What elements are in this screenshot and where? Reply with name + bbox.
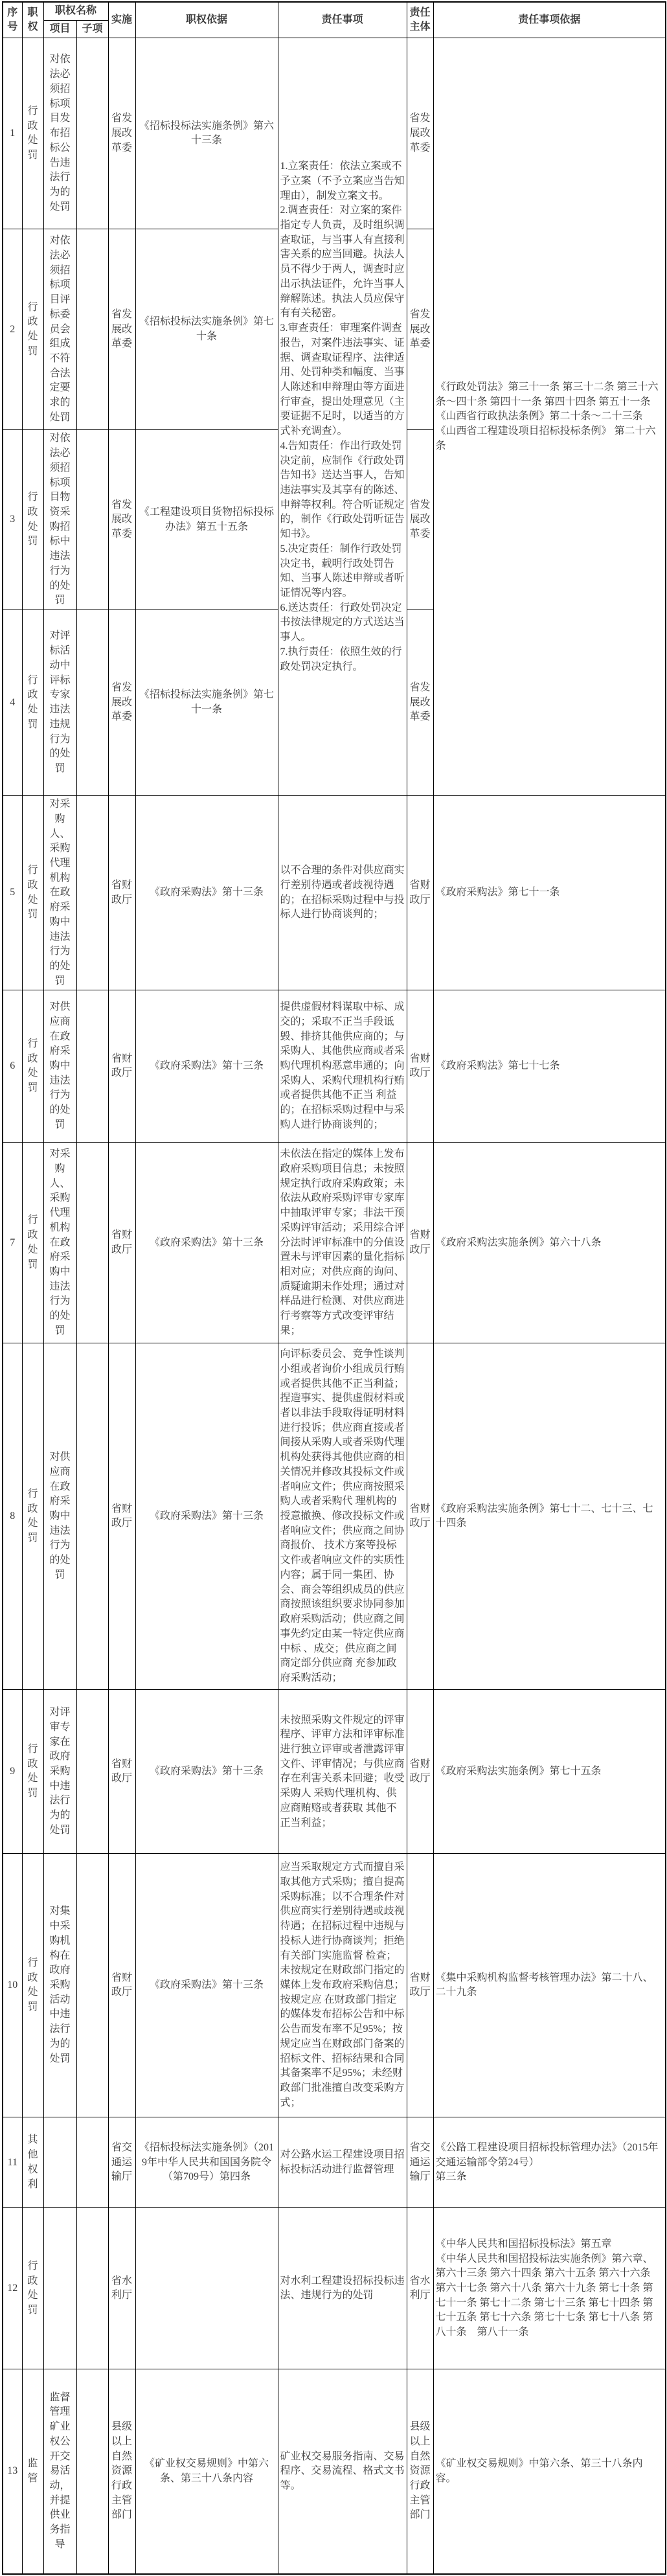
cell-power: 行政处罚 xyxy=(22,229,43,430)
cell-duty-basis: 《中华人民共和国招标投标法》第五章 《中华人民共和国招投标法实施条例》第六章、第… xyxy=(433,2208,666,2369)
cell-num: 12 xyxy=(3,2208,22,2369)
cell-duty-basis: 《矿业权交易规则》中第六条、第三十八条内容。 xyxy=(433,2369,666,2574)
cell-project: 对评审专家在政府采购中违法行为的处罚 xyxy=(43,1690,76,1854)
cell-power: 行政处罚 xyxy=(22,1143,43,1343)
cell-basis xyxy=(135,2208,278,2369)
table-row: 13 监管 监督管理矿业权公开交易活动，并提供业务指导 县级以上自然资源行政主管… xyxy=(3,2369,666,2574)
cell-subject: 省财政厅 xyxy=(407,1143,433,1343)
cell-subject: 省发展改革委 xyxy=(407,430,433,610)
cell-subject: 省水利厅 xyxy=(407,2208,433,2369)
col-header-basis: 职权依据 xyxy=(135,2,278,38)
cell-basis: 《政府采购法》第十三条 xyxy=(135,990,278,1143)
cell-basis: 《政府采购法》第十三条 xyxy=(135,1854,278,2117)
cell-project: 对采购人、采购代理机构在政府采购中违法行为的处罚 xyxy=(43,796,76,990)
cell-project xyxy=(43,2208,76,2369)
cell-project xyxy=(43,2117,76,2208)
cell-subitem xyxy=(76,610,108,796)
col-header-project: 项目 xyxy=(43,20,76,38)
cell-impl: 省发展改革委 xyxy=(108,610,135,796)
cell-impl: 省交通运输厅 xyxy=(108,2117,135,2208)
cell-project: 对集中采购机构在政府采购活动中违法行为的处罚 xyxy=(43,1854,76,2117)
cell-impl: 省财政厅 xyxy=(108,990,135,1143)
cell-power: 行政处罚 xyxy=(22,430,43,610)
cell-duty: 向评标委员会、竞争性谈判小组或者询价小组成员行贿或者提供其他不正当利益；捏造事实… xyxy=(278,1343,407,1690)
cell-impl: 县级以上自然资源行政主管部门 xyxy=(108,2369,135,2574)
cell-subject: 省财政厅 xyxy=(407,1690,433,1854)
cell-impl: 省发展改革委 xyxy=(108,430,135,610)
cell-basis: 《招标投标法实施条例》第六十三条 xyxy=(135,38,278,229)
cell-duty: 对水利工程建设招标投标违法、违规行为的处罚 xyxy=(278,2208,407,2369)
cell-subitem xyxy=(76,1854,108,2117)
cell-num: 4 xyxy=(3,610,22,796)
cell-duty-merged: 1.立案责任：依法立案或不予立案（不予立案应当告知理由），制发立案文书。 2.调… xyxy=(278,38,407,796)
cell-basis: 《工程建设项目货物招标投标办法》第五十五条 xyxy=(135,430,278,610)
cell-impl: 省财政厅 xyxy=(108,1854,135,2117)
cell-num: 7 xyxy=(3,1143,22,1343)
cell-impl: 省发展改革委 xyxy=(108,229,135,430)
cell-impl: 省发展改革委 xyxy=(108,38,135,229)
cell-num: 9 xyxy=(3,1690,22,1854)
cell-impl: 省财政厅 xyxy=(108,1690,135,1854)
cell-project: 对依法必须招标项目物资采购招标中违法行为的处罚 xyxy=(43,430,76,610)
table-row: 12 行政处罚 省水利厅 对水利工程建设招标投标违法、违规行为的处罚 省水利厅 … xyxy=(3,2208,666,2369)
document-page: 序号 职权 职权名称 实施 职权依据 责任事项 责任主体 责任事项依据 项目 子… xyxy=(0,0,667,2576)
cell-basis: 《招标投标法实施条例》第七十一条 xyxy=(135,610,278,796)
cell-subject: 省发展改革委 xyxy=(407,610,433,796)
col-header-num: 序号 xyxy=(3,2,22,38)
cell-duty-basis: 《政府采购法实施条例》第七十二、七十三、七十四条 xyxy=(433,1343,666,1690)
col-header-subject: 责任主体 xyxy=(407,2,433,38)
cell-duty-basis: 《公路工程建设项目招标投标管理办法》（2015年交通运输部令第24号） 第三条 xyxy=(433,2117,666,2208)
cell-power: 行政处罚 xyxy=(22,796,43,990)
col-header-power: 职权 xyxy=(22,2,43,38)
col-header-subitem: 子项 xyxy=(76,20,108,38)
cell-subitem xyxy=(76,990,108,1143)
table-row: 6 行政处罚 对供应商在政府采购中违法行为的处罚 省财政厅 《政府采购法》第十三… xyxy=(3,990,666,1143)
cell-power: 行政处罚 xyxy=(22,1854,43,2117)
cell-project: 对评标活动中评标专家违法违规行为的处罚 xyxy=(43,610,76,796)
cell-power: 行政处罚 xyxy=(22,990,43,1143)
cell-power: 行政处罚 xyxy=(22,38,43,229)
cell-duty-basis: 《政府采购法实施条例》第六十八条 xyxy=(433,1143,666,1343)
cell-project: 对依法必须招标项目评标委员会组成不符合法定要求的处罚 xyxy=(43,229,76,430)
cell-subject: 省财政厅 xyxy=(407,1343,433,1690)
cell-num: 8 xyxy=(3,1343,22,1690)
cell-duty: 提供虚假材料谋取中标、成交的；采取不正当手段诋毁、排挤其他供应商的；与采购人、其… xyxy=(278,990,407,1143)
cell-subject: 省交通运输厅 xyxy=(407,2117,433,2208)
cell-duty: 未按照采购文件规定的评审程序、评审方法和评审标准进行独立评审或者泄露评审文件、评… xyxy=(278,1690,407,1854)
cell-subitem xyxy=(76,229,108,430)
table-row: 11 其他权利 省交通运输厅 《招标投标法实施条例》（2019年中华人民共和国国… xyxy=(3,2117,666,2208)
cell-subject: 省财政厅 xyxy=(407,990,433,1143)
cell-duty-basis: 《政府采购法》第七十七条 xyxy=(433,990,666,1143)
cell-subitem xyxy=(76,1343,108,1690)
col-header-duty-basis: 责任事项依据 xyxy=(433,2,666,38)
cell-duty: 以不合理的条件对供应商实行差别待遇或者歧视待遇的；在招标采购过程中与投标人进行协… xyxy=(278,796,407,990)
cell-subject: 省财政厅 xyxy=(407,1854,433,2117)
cell-subitem xyxy=(76,1690,108,1854)
cell-num: 11 xyxy=(3,2117,22,2208)
table-row: 7 行政处罚 对采购人、采购代理机构在政府采购中违法行为的处罚 省财政厅 《政府… xyxy=(3,1143,666,1343)
cell-project: 对依法必须招标项目发布招标公告违法行为的处罚 xyxy=(43,38,76,229)
cell-impl: 省财政厅 xyxy=(108,1343,135,1690)
cell-power: 监管 xyxy=(22,2369,43,2574)
cell-subitem xyxy=(76,38,108,229)
cell-basis: 《招标投标法实施条例》（2019年中华人民共和国国务院令（第709号）第四条 xyxy=(135,2117,278,2208)
cell-num: 10 xyxy=(3,1854,22,2117)
cell-impl: 省财政厅 xyxy=(108,1143,135,1343)
col-header-name-group: 职权名称 xyxy=(43,2,108,20)
col-header-impl: 实施 xyxy=(108,2,135,38)
table-row: 1 行政处罚 对依法必须招标项目发布招标公告违法行为的处罚 省发展改革委 《招标… xyxy=(3,38,666,229)
cell-basis: 《政府采购法》第十三条 xyxy=(135,1690,278,1854)
cell-power: 其他权利 xyxy=(22,2117,43,2208)
cell-duty-basis: 《政府采购法》第七十一条 xyxy=(433,796,666,990)
cell-duty: 应当采取规定方式而擅自采取其他方式采购；擅自提高采购标准；以不合理条件对供应商实… xyxy=(278,1854,407,2117)
cell-duty-basis: 《政府采购法实施条例》第七十五条 xyxy=(433,1690,666,1854)
table-row: 9 行政处罚 对评审专家在政府采购中违法行为的处罚 省财政厅 《政府采购法》第十… xyxy=(3,1690,666,1854)
cell-num: 5 xyxy=(3,796,22,990)
cell-num: 6 xyxy=(3,990,22,1143)
cell-num: 1 xyxy=(3,38,22,229)
cell-basis: 《政府采购法》第十三条 xyxy=(135,1143,278,1343)
cell-power: 行政处罚 xyxy=(22,1343,43,1690)
table-header-row-1: 序号 职权 职权名称 实施 职权依据 责任事项 责任主体 责任事项依据 xyxy=(3,2,666,20)
cell-subitem xyxy=(76,796,108,990)
cell-subitem xyxy=(76,430,108,610)
cell-basis: 《矿业权交易规则》中第六条、第三十八条内容 xyxy=(135,2369,278,2574)
cell-subject: 县级以上自然资源行政主管部门 xyxy=(407,2369,433,2574)
cell-project: 监督管理矿业权公开交易活动，并提供业务指导 xyxy=(43,2369,76,2574)
cell-project: 对采购人、采购代理机构在政府采购中违法行为的处罚 xyxy=(43,1143,76,1343)
responsibility-table: 序号 职权 职权名称 实施 职权依据 责任事项 责任主体 责任事项依据 项目 子… xyxy=(2,1,666,2575)
cell-duty: 矿业权交易服务指南、交易程序、交易流程、格式文书等。 xyxy=(278,2369,407,2574)
cell-num: 2 xyxy=(3,229,22,430)
cell-num: 13 xyxy=(3,2369,22,2574)
cell-subitem xyxy=(76,2369,108,2574)
cell-subject: 省财政厅 xyxy=(407,796,433,990)
table-row: 10 行政处罚 对集中采购机构在政府采购活动中违法行为的处罚 省财政厅 《政府采… xyxy=(3,1854,666,2117)
cell-duty: 对公路水运工程建设项目招标投标活动进行监督管理 xyxy=(278,2117,407,2208)
cell-project: 对供应商在政府采购中违法行为的处罚 xyxy=(43,1343,76,1690)
cell-power: 行政处罚 xyxy=(22,2208,43,2369)
cell-subject: 省发展改革委 xyxy=(407,38,433,229)
cell-duty-basis-merged: 《行政处罚法》第三十一条 第三十二条 第三十六条～四十条 第四十一条 第四十四条… xyxy=(433,38,666,796)
cell-subitem xyxy=(76,2117,108,2208)
table-row: 5 行政处罚 对采购人、采购代理机构在政府采购中违法行为的处罚 省财政厅 《政府… xyxy=(3,796,666,990)
cell-impl: 省财政厅 xyxy=(108,796,135,990)
cell-duty: 未依法在指定的媒体上发布政府采购项目信息；未按照规定执行政府采购政策；未依法从政… xyxy=(278,1143,407,1343)
cell-subject: 省发展改革委 xyxy=(407,229,433,430)
cell-power: 行政处罚 xyxy=(22,610,43,796)
cell-subitem xyxy=(76,2208,108,2369)
table-row: 8 行政处罚 对供应商在政府采购中违法行为的处罚 省财政厅 《政府采购法》第十三… xyxy=(3,1343,666,1690)
cell-duty-basis: 《集中采购机构监督考核管理办法》第二十八、二十九条 xyxy=(433,1854,666,2117)
cell-basis: 《政府采购法》第十三条 xyxy=(135,1343,278,1690)
cell-subitem xyxy=(76,1143,108,1343)
cell-basis: 《招标投标法实施条例》第七十条 xyxy=(135,229,278,430)
cell-basis: 《政府采购法》第十三条 xyxy=(135,796,278,990)
cell-power: 行政处罚 xyxy=(22,1690,43,1854)
cell-num: 3 xyxy=(3,430,22,610)
col-header-duty: 责任事项 xyxy=(278,2,407,38)
cell-impl: 省水利厅 xyxy=(108,2208,135,2369)
cell-project: 对供应商在政府采购中违法行为的处罚 xyxy=(43,990,76,1143)
